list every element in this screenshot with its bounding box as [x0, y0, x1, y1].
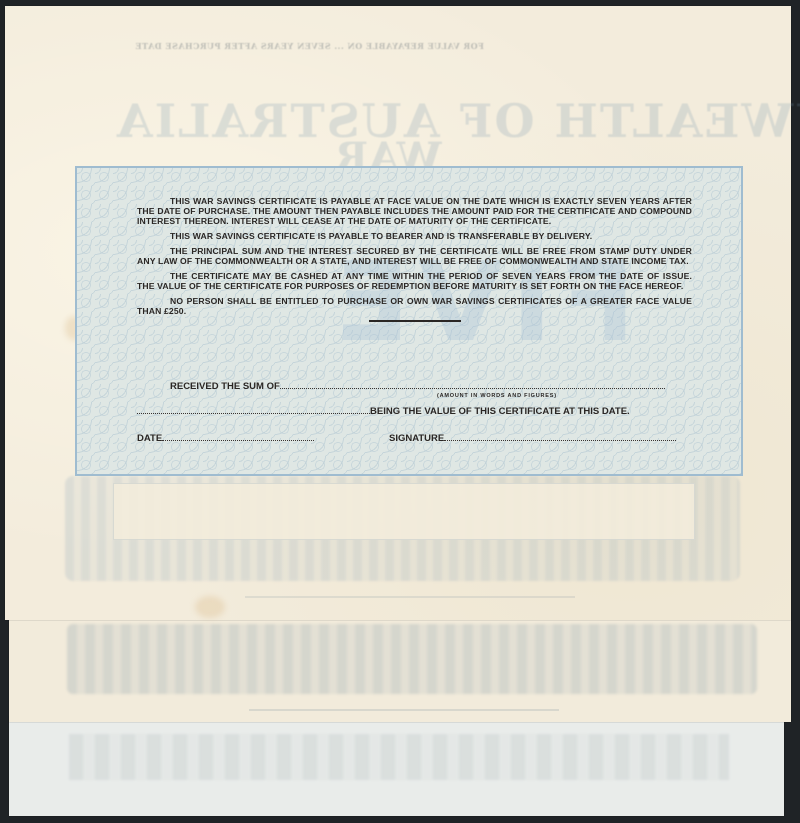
term-paragraph: THIS WAR SAVINGS CERTIFICATE IS PAYABLE …	[137, 196, 692, 226]
term-paragraph: NO PERSON SHALL BE ENTITLED TO PURCHASE …	[137, 296, 692, 316]
second-certificate-sheet	[9, 612, 791, 722]
received-sum-row: RECEIVED THE SUM OF	[170, 380, 665, 392]
show-through-line	[249, 709, 559, 711]
received-sum-field[interactable]	[280, 380, 665, 389]
value-row: BEING THE VALUE OF THIS CERTIFICATE AT T…	[137, 405, 630, 417]
show-through-pattern	[67, 624, 757, 694]
value-amount-field[interactable]	[137, 405, 370, 414]
divider-rule	[369, 320, 461, 322]
certificate-reverse: FOR VALUE REPAYABLE ON ... SEVEN YEARS A…	[5, 6, 791, 620]
date-row: DATE	[137, 432, 314, 444]
terms-panel: FIVE THIS WAR SAVINGS CERTIFICATE IS PAY…	[75, 166, 743, 476]
date-field[interactable]	[162, 432, 314, 441]
amount-hint: (AMOUNT IN WORDS AND FIGURES)	[437, 393, 557, 399]
paper-stain	[195, 596, 225, 618]
date-label: DATE	[137, 433, 162, 444]
term-paragraph: THE CERTIFICATE MAY BE CASHED AT ANY TIM…	[137, 271, 692, 291]
signature-field[interactable]	[444, 432, 676, 441]
term-paragraph: THE PRINCIPAL SUM AND THE INTEREST SECUR…	[137, 246, 692, 266]
show-through-pattern	[69, 734, 729, 780]
show-through-title: COMMONWEALTH OF AUSTRALIA	[115, 94, 800, 148]
show-through-inner-box	[113, 483, 695, 540]
received-label: RECEIVED THE SUM OF	[170, 381, 280, 392]
signature-row: SIGNATURE	[389, 432, 676, 444]
show-through-top-line: FOR VALUE REPAYABLE ON ... SEVEN YEARS A…	[135, 41, 484, 51]
term-paragraph: THIS WAR SAVINGS CERTIFICATE IS PAYABLE …	[137, 231, 692, 241]
third-certificate-sheet	[9, 716, 784, 816]
being-value-label: BEING THE VALUE OF THIS CERTIFICATE AT T…	[370, 406, 630, 417]
terms-text: THIS WAR SAVINGS CERTIFICATE IS PAYABLE …	[137, 196, 692, 322]
signature-label: SIGNATURE	[389, 433, 444, 444]
show-through-line	[245, 596, 575, 598]
